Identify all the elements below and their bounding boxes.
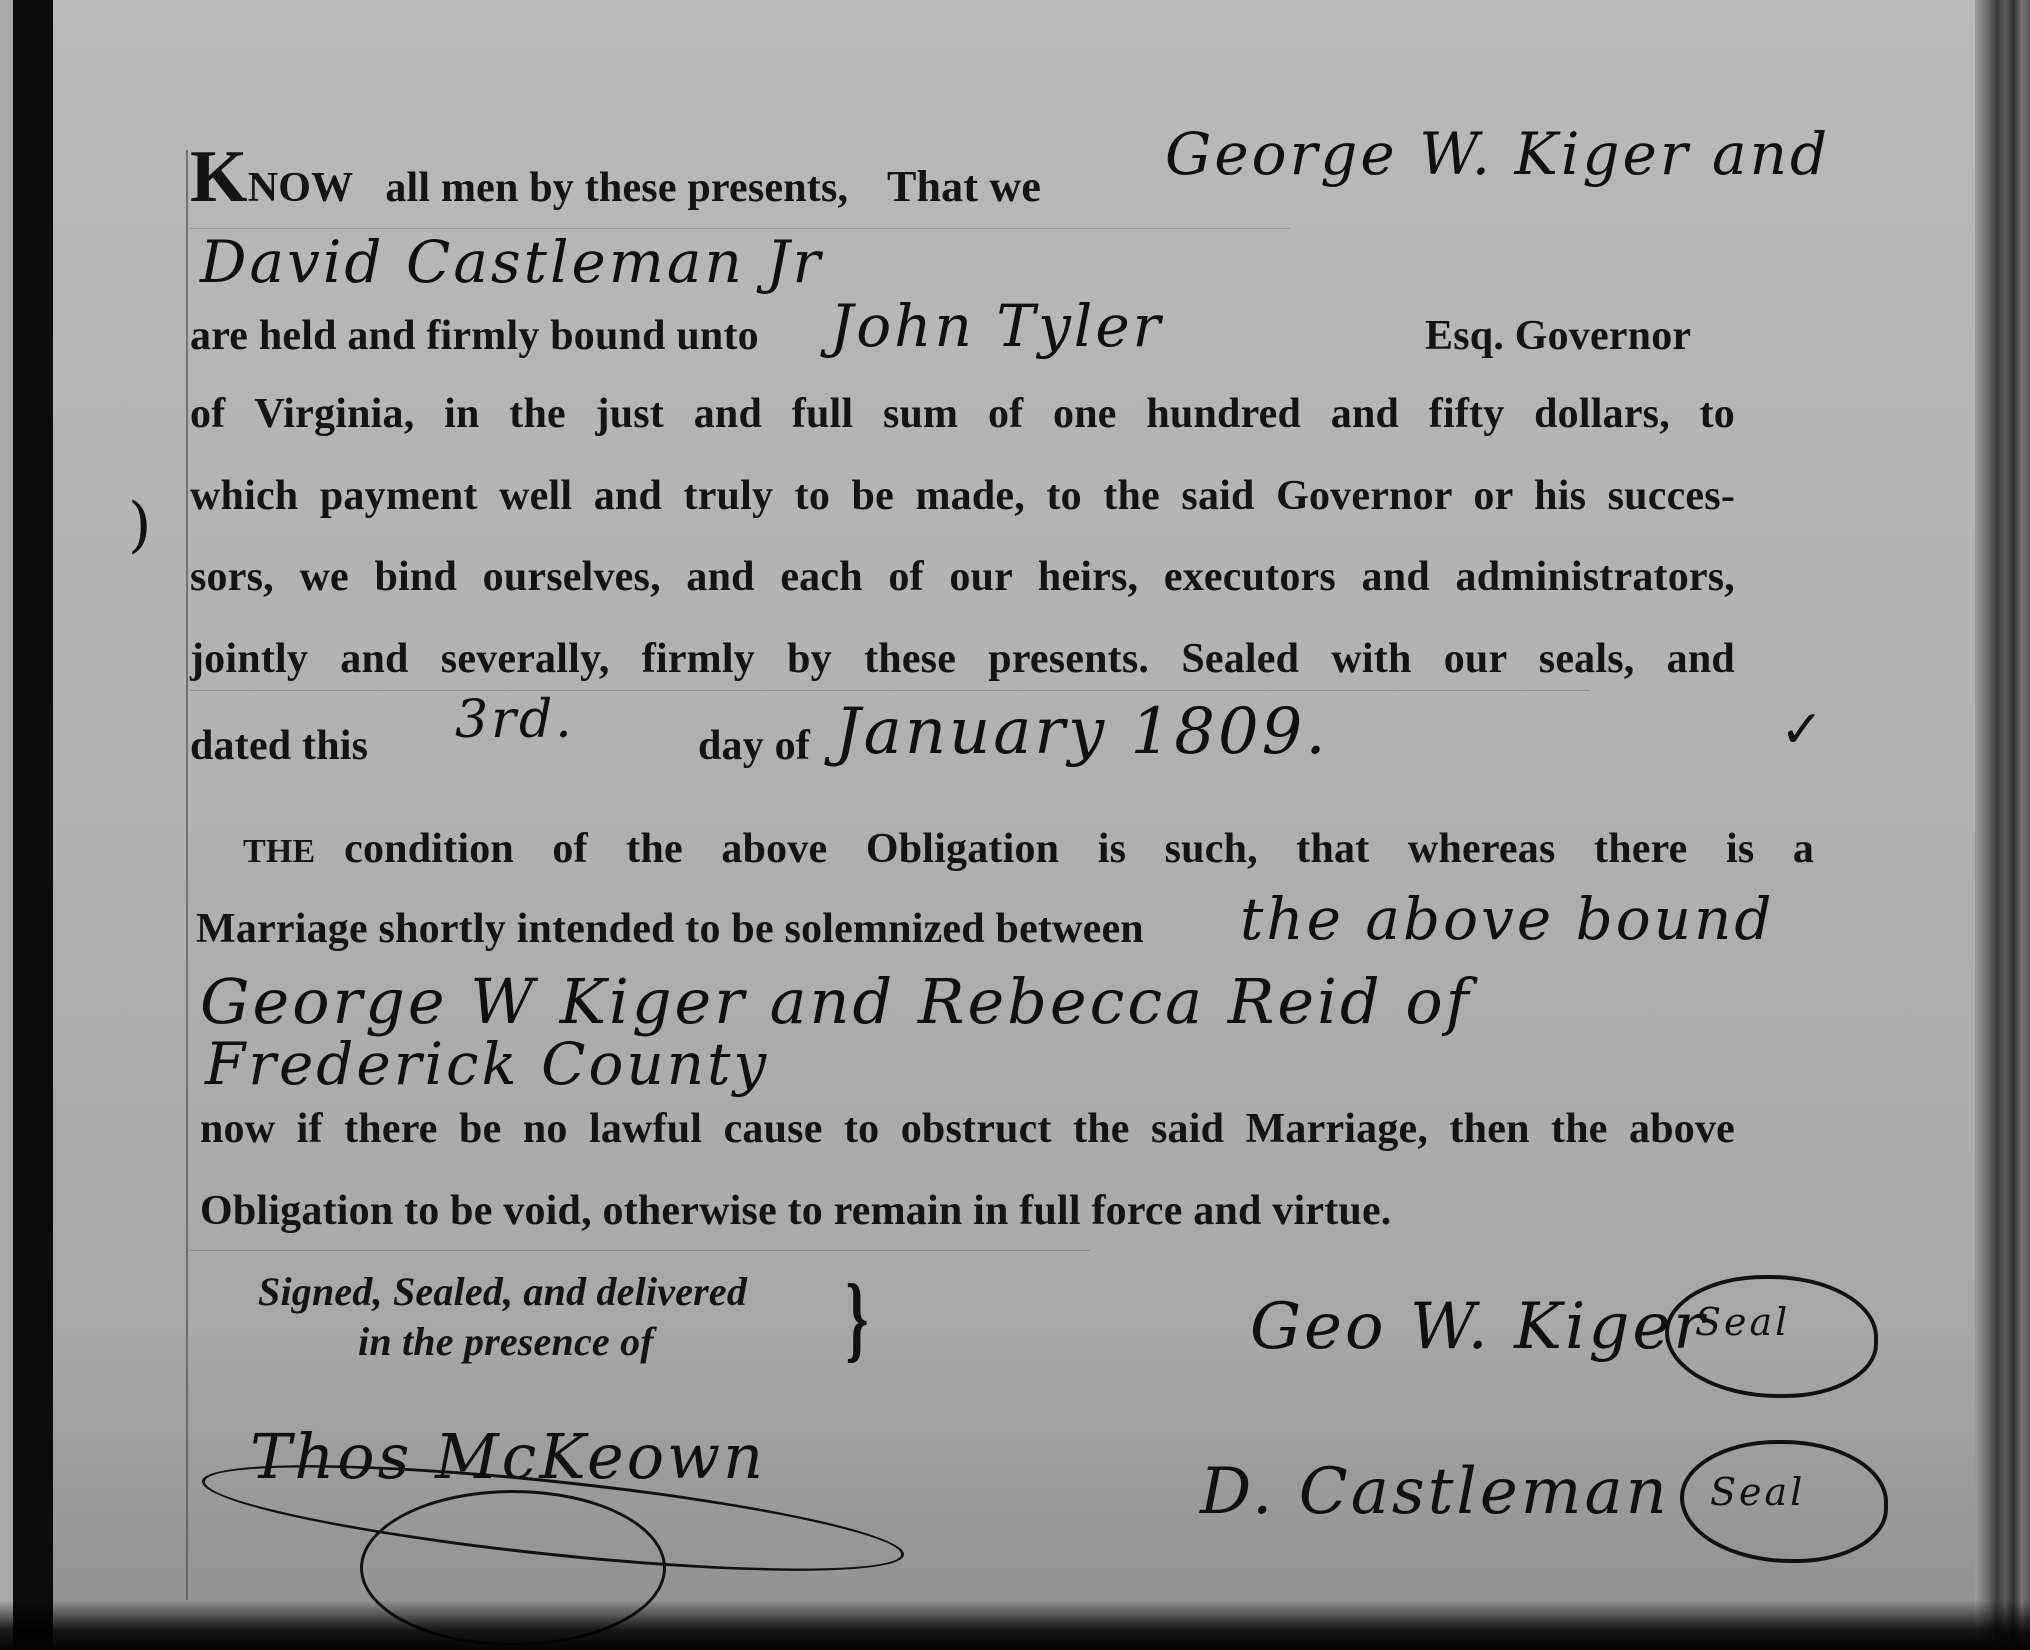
- scan-left-edge: [0, 0, 14, 1650]
- bond-line-7: jointly and severally, firmly by these p…: [190, 635, 1735, 683]
- handwritten-surety: David Castleman Jr: [200, 228, 823, 296]
- bond-line-13: now if there be no lawful cause to obstr…: [200, 1105, 1735, 1153]
- handwritten-day: 3rd.: [455, 690, 575, 750]
- seal-label: Seal: [1695, 1300, 1790, 1344]
- bond-line-8: dated this: [190, 722, 368, 770]
- handwritten-principal: George W. Kiger and: [1165, 120, 1830, 188]
- guide-line: [190, 1250, 1090, 1251]
- scan-right-edge: [1975, 0, 2030, 1650]
- brace-icon: }: [846, 1262, 869, 1373]
- bond-line-3-end: Esq. Governor: [1425, 312, 1691, 360]
- caps-word: NOW: [248, 165, 353, 211]
- bond-line-9: The condition of the above Obligation is…: [243, 825, 1814, 873]
- margin-mark: ): [128, 490, 151, 560]
- bond-line-10: Marriage shortly intended to be solemniz…: [196, 905, 1144, 953]
- printed-text: That we: [887, 162, 1041, 211]
- witness-line-1: Signed, Sealed, and delivered: [258, 1268, 747, 1315]
- printed-text: condition of the above Obligation is suc…: [344, 825, 1814, 873]
- bond-line-14: Obligation to be void, otherwise to rema…: [200, 1187, 1392, 1235]
- bond-line-6: sors, we bind ourselves, and each of our…: [190, 553, 1735, 601]
- witness-line-2: in the presence of: [358, 1318, 654, 1365]
- handwritten-parties: George W Kiger and Rebecca Reid of: [200, 965, 1472, 1038]
- signer2-signature: D. Castleman: [1200, 1455, 1670, 1529]
- bond-line-4: of Virginia, in the just and full sum of…: [190, 390, 1735, 438]
- bond-line-8-dayof: day of: [698, 722, 810, 770]
- handwritten-date: January 1809.: [835, 695, 1329, 769]
- bond-line-3: are held and firmly bound unto: [190, 312, 759, 360]
- caps-word: The: [243, 833, 315, 870]
- scan-bottom-edge: [0, 1600, 2030, 1650]
- document-page: KNOW all men by these presents, That we …: [0, 0, 2030, 1650]
- scan-binding-shadow: [13, 0, 53, 1650]
- drop-cap: K: [190, 136, 248, 218]
- seal-label: Seal: [1710, 1470, 1805, 1514]
- handwritten-county: Frederick County: [205, 1030, 769, 1098]
- handwritten-above-bound: the above bound: [1240, 885, 1774, 953]
- printed-text: all men by these presents,: [385, 165, 848, 211]
- guide-line: [190, 690, 1590, 691]
- bond-line-1: KNOW all men by these presents, That we: [190, 140, 1041, 214]
- signer1-signature: Geo W. Kiger: [1250, 1290, 1707, 1364]
- handwritten-governor-name: John Tyler: [830, 292, 1163, 360]
- checkmark-icon: ✓: [1780, 700, 1824, 760]
- margin-rule: [186, 150, 188, 1600]
- bond-line-5: which payment well and truly to be made,…: [190, 472, 1735, 520]
